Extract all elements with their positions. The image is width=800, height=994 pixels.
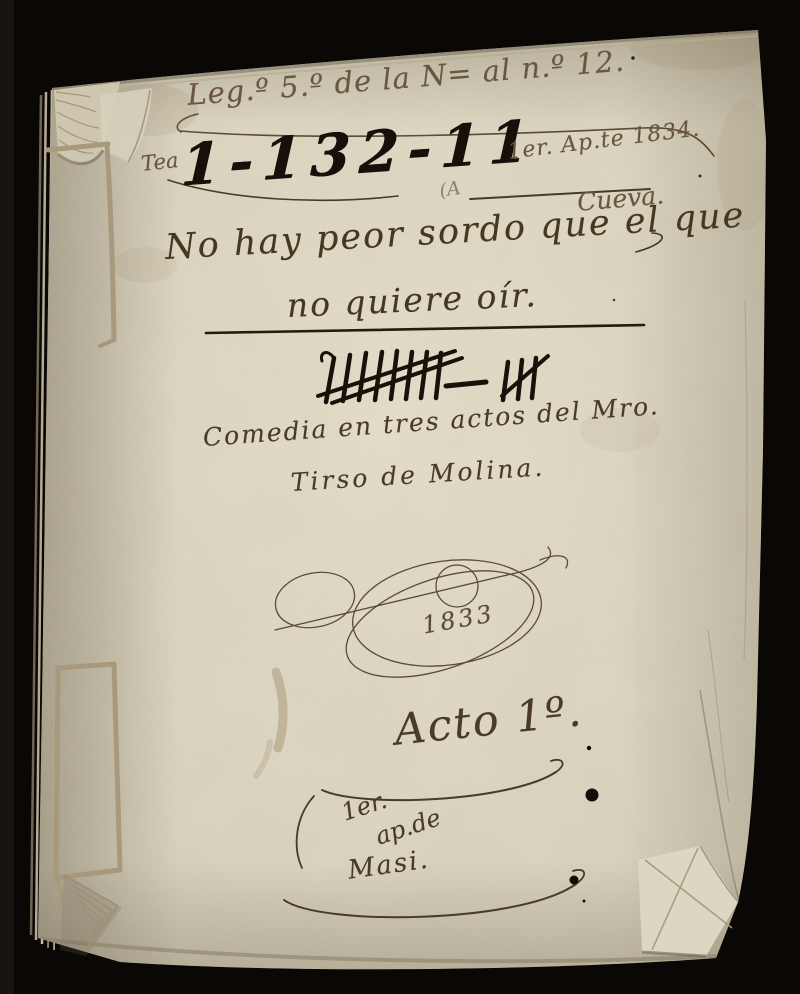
- photo-backdrop-edge: [0, 0, 14, 994]
- pencil-mark: (A: [438, 177, 462, 202]
- manuscript-scan: Leg.º 5.º de la N= al n.º 12. Tea 1-132-…: [0, 0, 800, 994]
- theater-abbrev: Tea: [140, 148, 180, 176]
